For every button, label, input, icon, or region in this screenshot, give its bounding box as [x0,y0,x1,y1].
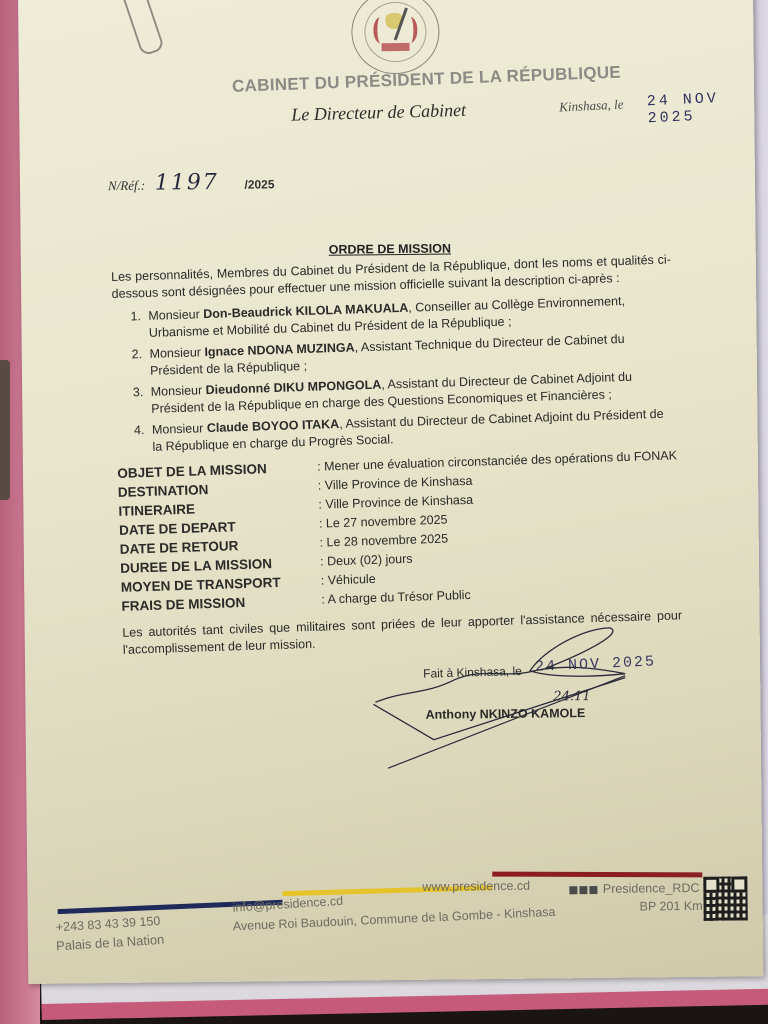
place-label: Kinshasa, le [559,97,624,116]
reference-handwritten-number: 1197 [155,170,219,196]
members-list: Monsieur Don-Beaudrick KILOLA MAKUALA, C… [112,291,676,457]
footer-email: info@presidence.cd [232,894,343,915]
done-at-label: Fait à Kinshasa, le [423,664,522,681]
document-title: ORDRE DE MISSION [329,241,451,256]
signatory-name: Anthony NKINZO KAMOLE [425,706,585,722]
footer-social: Presidence_RDC [569,881,699,896]
footer-website: www.presidence.cd [422,879,530,894]
linkedin-icon [589,886,597,894]
date-stamp: 24 NOV 2025 [647,88,755,127]
reference-year: /2025 [244,177,274,191]
presidency-seal-icon [351,0,440,75]
mission-order-document: CABINET DU PRÉSIDENT DE LA RÉPUBLIQUE Le… [18,0,763,984]
folder-edge [42,988,768,1019]
social-handle: Presidence_RDC [603,881,700,896]
footer-phone: +243 83 43 39 150 [55,914,160,935]
qr-code-icon [703,876,747,920]
reference-label: N/Réf.: [108,178,145,193]
letterhead-title: CABINET DU PRÉSIDENT DE LA RÉPUBLIQUE [232,63,622,97]
twitter-icon [579,886,587,894]
reference-number: N/Réf.: 1197 /2025 [108,169,275,196]
binder-clip [0,360,10,500]
paperclip-icon [119,0,165,57]
facebook-icon [569,886,577,894]
mission-details: OBJET DE LA MISSION: Mener une évaluatio… [117,447,681,615]
svg-text:24.11: 24.11 [552,689,590,704]
document-body: Les personnalités, Membres du Cabinet du… [111,251,683,671]
letterhead-subtitle: Le Directeur de Cabinet [291,100,466,126]
footer-po-box: BP 201 Km1 [640,899,710,914]
closing-paragraph: Les autorités tant civiles que militaire… [122,607,683,659]
footer-location: Palais de la Nation [56,932,165,954]
flag-stripe-red [492,872,702,878]
